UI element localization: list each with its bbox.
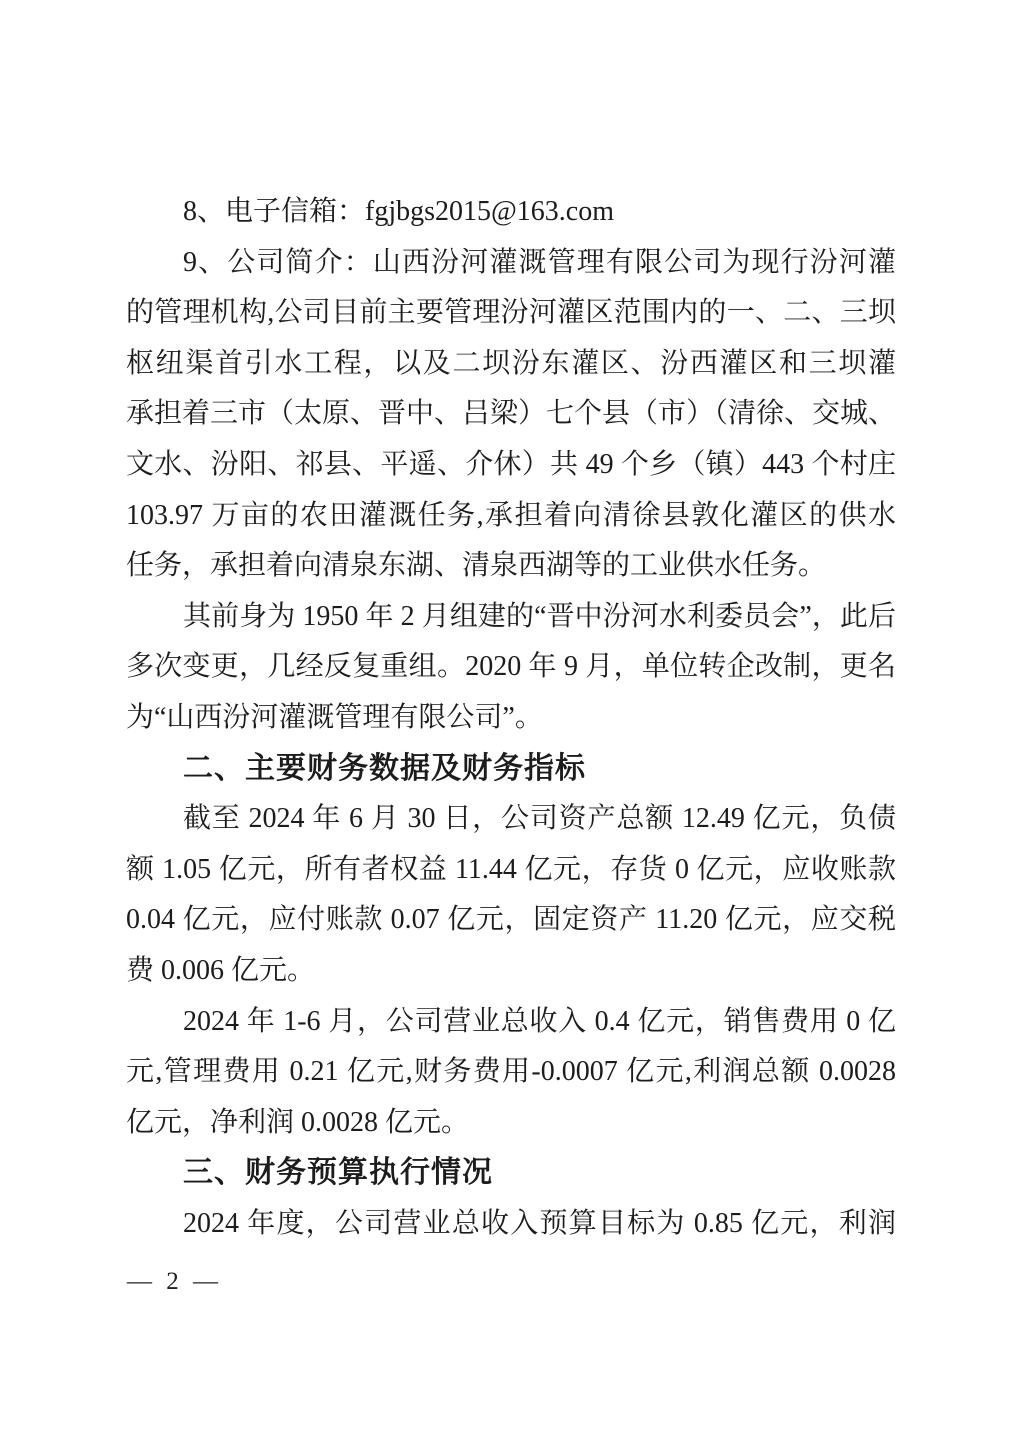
doc-line: 103.97 万亩的农田灌溉任务,承担着向清徐县敦化灌区的供水 [126,491,896,542]
document-body: 8、电子信箱：fgjbgs2015@163.com 9、公司简介：山西汾河灌溉管… [126,187,896,1249]
doc-line: 任务，承担着向清泉东湖、清泉西湖等的工业供水任务。 [126,541,896,592]
doc-line: 0.04 亿元，应付账款 0.07 亿元，固定资产 11.20 亿元，应交税 [126,895,896,946]
doc-line: 额 1.05 亿元，所有者权益 11.44 亿元，存货 0 亿元，应收账款 [126,845,896,896]
doc-line-email: 8、电子信箱：fgjbgs2015@163.com [126,187,896,238]
doc-line-intro-start: 9、公司简介：山西汾河灌溉管理有限公司为现行汾河灌区 [126,238,896,289]
doc-line-budget-start: 2024 年度，公司营业总收入预算目标为 0.85 亿元，利润总 [126,1199,896,1250]
doc-line-balance-start: 截至 2024 年 6 月 30 日，公司资产总额 12.49 亿元，负债总 [126,794,896,845]
doc-line: 为“山西汾河灌溉管理有限公司”。 [126,693,896,744]
doc-line-income-start: 2024 年 1-6 月，公司营业总收入 0.4 亿元，销售费用 0 亿 [126,997,896,1048]
doc-line-history-start: 其前身为 1950 年 2 月组建的“晋中汾河水利委员会”，此后 [126,592,896,643]
doc-line: 多次变更，几经反复重组。2020 年 9 月，单位转企改制，更名 [126,642,896,693]
doc-line: 元,管理费用 0.21 亿元,财务费用-0.0007 亿元,利润总额 0.002… [126,1047,896,1098]
doc-line: 文水、汾阳、祁县、平遥、介休）共 49 个乡（镇）443 个村庄 [126,440,896,491]
page-number: — 2 — [127,1268,222,1296]
document-page: 8、电子信箱：fgjbgs2015@163.com 9、公司简介：山西汾河灌溉管… [0,0,1024,1448]
section-heading-budget: 三、财务预算执行情况 [126,1148,896,1199]
doc-line: 承担着三市（太原、晋中、吕梁）七个县（市）（清徐、交城、 [126,389,896,440]
doc-line: 费 0.006 亿元。 [126,946,896,997]
doc-line: 的管理机构,公司目前主要管理汾河灌区范围内的一、二、三坝 [126,288,896,339]
doc-line: 枢纽渠首引水工程，以及二坝汾东灌区、汾西灌区和三坝灌区。 [126,339,896,390]
section-heading-finance: 二、主要财务数据及财务指标 [126,744,896,795]
doc-line: 亿元，净利润 0.0028 亿元。 [126,1098,896,1149]
